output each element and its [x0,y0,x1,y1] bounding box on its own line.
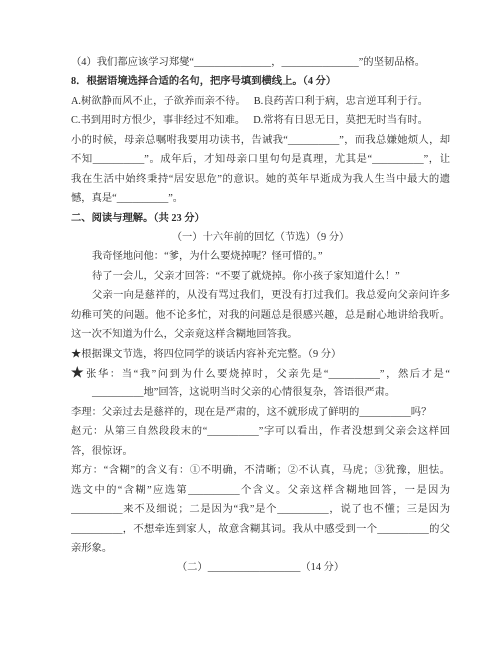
q8-options-row-cd: C.书到用时方恨少，事非经过不知难。 D.常将有日思无日，莫把无时当有时。 [71,111,450,130]
reading-1-para-line-2: 待了一会儿，父亲才回答：“不要了就烧掉。你小孩子家知道什么！” [71,267,450,286]
q8-option-b: B.良药苦口利于病，忠言逆耳利于行。 [254,92,428,111]
q8-stem: 8．根据语境选择合适的名句，把序号填到横线上。（4 分） [71,72,450,91]
dialogue-zhanghua-line-2: __________地”回答，这说明当时父亲的心情很复杂，答语很严肃。 [71,383,450,402]
q8-option-d: D.常将有日思无日，莫把无时当有时。 [253,111,428,130]
q8-option-a: A.树欲静而风不止，子欲养而亲不待。 [71,92,246,111]
reading-1-para-line-4: 幼稚可笑的问题。他不论多忙，对我的问题总是很感兴趣，总是耐心地讲给我听。 [71,306,450,325]
dialogue-zhanghua-line-1: ★张华：当“我”问到为什么要烧掉时，父亲先是“__________”，然后才是“ [71,364,450,383]
q8-options-row-ab: A.树欲静而风不止，子欲养而亲不待。 B.良药苦口利于病，忠言逆耳利于行。 [71,92,450,111]
dialogue-zhaoyuan-line-2: 答，很惊讶。 [71,442,450,461]
q8-option-c: C.书到用时方恨少，事非经过不知难。 [71,111,245,130]
exam-content: （4）我们都应该学习郑燮“_______________，___________… [71,53,450,578]
task-stem: 根据课文节选，将四位同学的谈话内容补充完整。（9 分） [81,349,341,360]
reading-1-para-line-1: 我奇怪地问他：“爹，为什么要烧掉呢？怪可惜的。” [71,247,450,266]
q8-passage-line-2: 不知__________”。成年后，才知母亲口里句句是真理，尤其是“______… [71,150,450,169]
dialogue-zhaoyuan-line-1: 赵元：从第三自然段段末的“__________”字可以看出，作者没想到父亲会这样… [71,422,450,441]
reading-2-title: （二）__________________（14 分） [71,558,450,577]
q8-passage-line-4: 憾，真是“__________”。 [71,189,450,208]
q8-passage-line-3: 我在生活中始终秉持“居安思危”的意识。她的英年早逝成为我人生当中最大的遗 [71,170,450,189]
dialogue-lili-line-1: 李理：父亲过去是慈祥的，现在是严肃的，这不就形成了鲜明的__________吗？ [71,403,450,422]
task-stem-line: ★根据课文节选，将四位同学的谈话内容补充完整。（9 分） [71,345,450,364]
reading-1-para-line-3: 父亲一向是慈祥的，从没有骂过我们，更没有打过我们。我总爱向父亲问许多 [71,286,450,305]
q7-item-4-line: （4）我们都应该学习郑燮“_______________，___________… [71,53,450,72]
dialogue-zhanghua-text: 张华：当“我”问到为什么要烧掉时，父亲先是“__________”，然后才是“ [86,369,450,380]
exam-paper-page: （4）我们都应该学习郑燮“_______________，___________… [0,0,500,647]
big-star-icon: ★ [71,366,86,381]
star-icon: ★ [71,349,81,360]
reading-1-para-line-5: 这一次不知道为什么，父亲竟这样含糊地回答我。 [71,325,450,344]
dialogue-zhengfang-line-1: 郑方：“含糊”的含义有：①不明确，不清晰；②不认真，马虎；③犹豫，胆怯。 [71,461,450,480]
dialogue-zhengfang-line-5: 亲形象。 [71,539,450,558]
q8-passage-line-1: 小的时候，母亲总嘱咐我要用功读书，告诫我“__________”，而我总嫌她烦人… [71,131,450,150]
dialogue-zhengfang-line-3: __________来不及细说；二是因为“我”是个__________，说了也不… [71,500,450,519]
section-2-heading: 二、阅读与理解。（共 23 分） [71,209,450,228]
dialogue-zhengfang-line-2: 选文中的“含糊”应选第__________个含义。父亲这样含糊地回答，一是因为 [71,481,450,500]
dialogue-zhengfang-line-4: __________，不想牵连到家人，故意含糊其词。我从中感受到一个______… [71,520,450,539]
reading-1-title: （一）十六年前的回忆（节选）（9 分） [71,228,450,247]
